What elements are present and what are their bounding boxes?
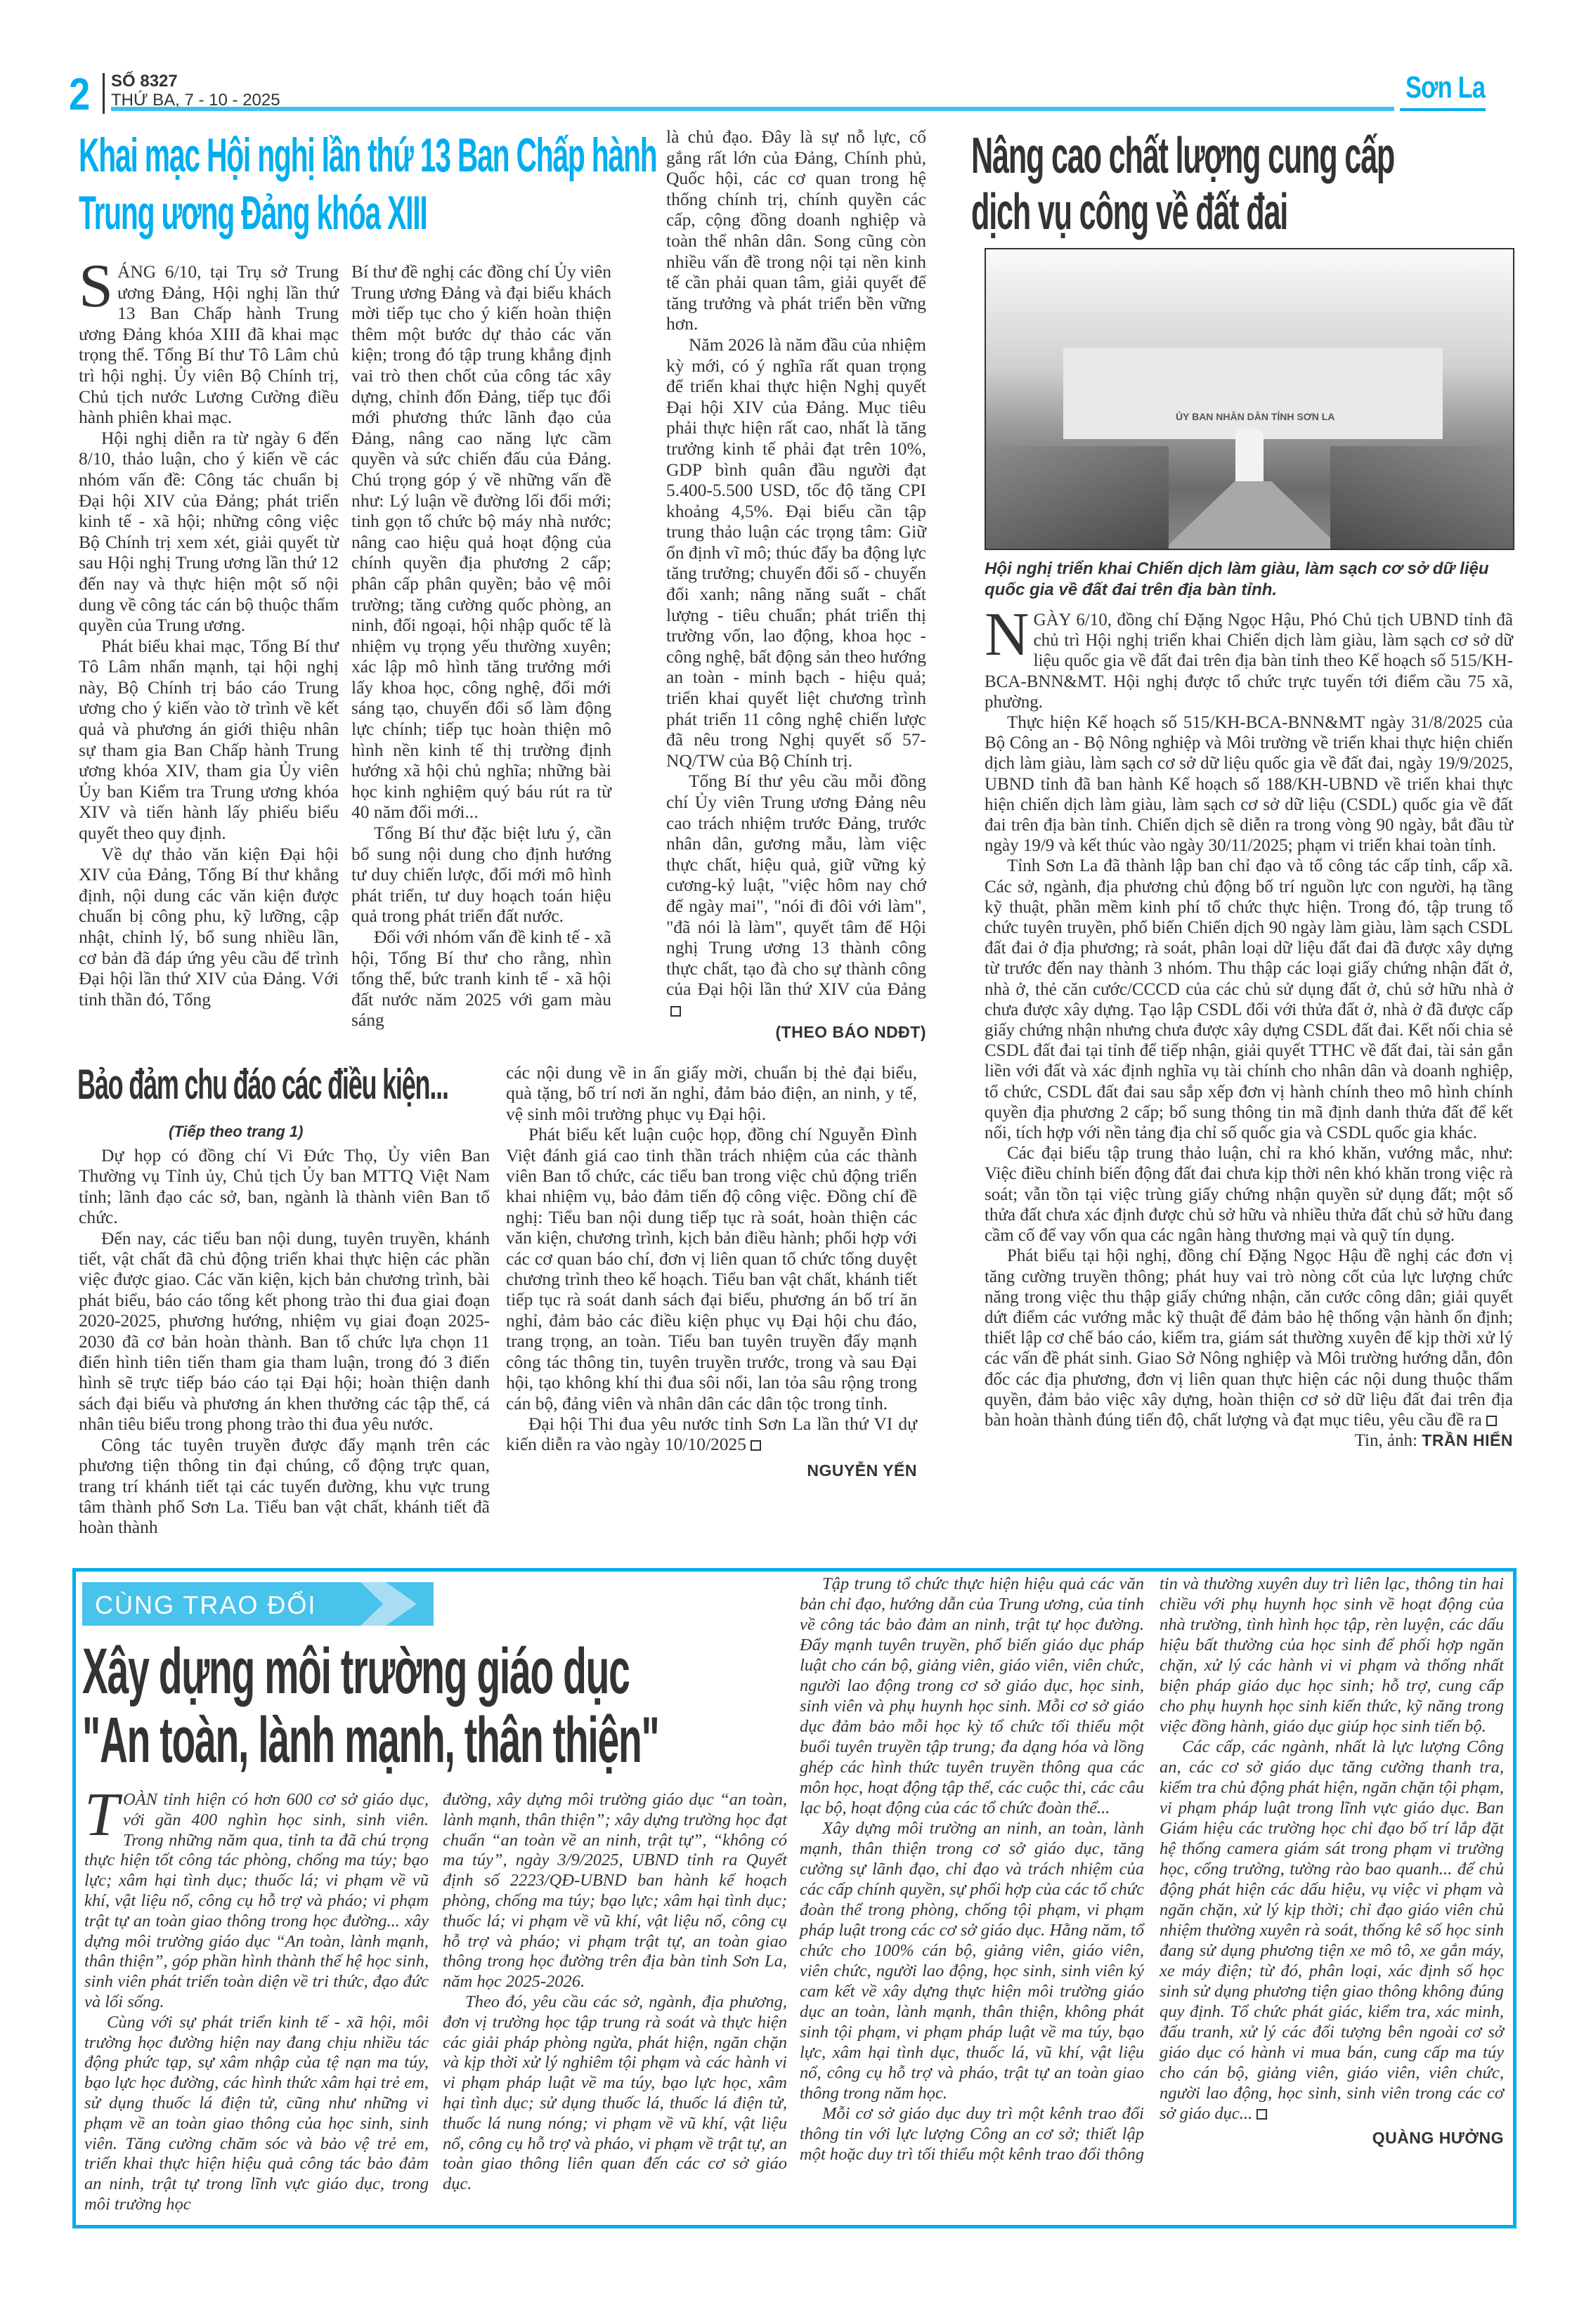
- article4-column-3: Tập trung tổ chức thực hiện hiệu quả các…: [800, 1574, 1144, 2165]
- photo-sign: ỦY BAN NHÂN DÂN TỈNH SƠN LA: [1176, 411, 1335, 422]
- dropcap: T: [84, 1794, 123, 1836]
- headline-line: Xây dựng môi trường giáo dục: [82, 1637, 658, 1706]
- photo-wall: [1063, 348, 1443, 439]
- article2-byline: Tin, ảnh: TRẦN HIỂN: [985, 1430, 1513, 1451]
- paragraph: GÀY 6/10, đồng chí Đặng Ngọc Hậu, Phó Ch…: [985, 611, 1513, 712]
- headline-line: Nâng cao chất lượng cung cấp: [971, 128, 1394, 184]
- paragraph: Cùng với sự phát triển kinh tế - xã hội,…: [84, 2013, 429, 2215]
- end-mark-icon: [1256, 2109, 1267, 2120]
- paragraph: Đến nay, các tiểu ban nội dung, tuyên tr…: [79, 1228, 490, 1435]
- end-mark-icon: [1486, 1416, 1497, 1426]
- article2-headline: Nâng cao chất lượng cung cấp dịch vụ côn…: [971, 128, 1394, 240]
- article3-column-1: Dự họp có đồng chí Vi Đức Thọ, Ủy viên B…: [79, 1145, 490, 1538]
- article1-headline: Khai mạc Hội nghị lần thứ 13 Ban Chấp hà…: [79, 126, 656, 242]
- paragraph: Bí thư đề nghị các đồng chí Ủy viên Trun…: [351, 261, 611, 823]
- paragraph: Thực hiện Kế hoạch số 515/KH-BCA-BNN&MT …: [985, 712, 1513, 856]
- paragraph: Tổng Bí thư yêu cầu mỗi đồng chí Ủy viên…: [666, 771, 926, 999]
- headline-line: "An toàn, lành mạnh, thân thiện": [82, 1706, 658, 1775]
- article3-column-2: các nội dung về in ấn giấy mời, chuẩn bị…: [506, 1062, 917, 1481]
- paragraph: Phát biểu tại hội nghị, đồng chí Đặng Ng…: [985, 1246, 1513, 1430]
- paragraph: Các cấp, các ngành, nhất là lực lượng Cô…: [1160, 1737, 1504, 2123]
- continued-note: (Tiếp theo trang 1): [169, 1123, 304, 1141]
- paragraph: tin và thường xuyên duy trì liên lạc, th…: [1160, 1574, 1504, 1737]
- article1-source: (THEO BÁO NDĐT): [666, 1022, 926, 1043]
- article3-headline: Bảo đảm chu đáo các điều kiện...: [77, 1062, 448, 1107]
- section-tag-label: CÙNG TRAO ĐỔI: [95, 1591, 316, 1620]
- paragraph: các nội dung về in ấn giấy mời, chuẩn bị…: [506, 1062, 917, 1124]
- paragraph: Tổng Bí thư đặc biệt lưu ý, cần bổ sung …: [351, 823, 611, 927]
- paragraph: Về dự thảo văn kiện Đại hội XIV của Đảng…: [79, 844, 339, 1010]
- masthead-rule: [111, 107, 1394, 111]
- article2-body: NGÀY 6/10, đồng chí Đặng Ngọc Hậu, Phó C…: [985, 610, 1513, 1451]
- dropcap: N: [985, 614, 1034, 656]
- paragraph: đường, xây dựng môi trường giáo dục “an …: [443, 1790, 787, 1992]
- meeting-photo: ỦY BAN NHÂN DÂN TỈNH SƠN LA: [985, 248, 1514, 550]
- photo-attendees-right: [1330, 446, 1513, 550]
- paragraph: Mỗi cơ sở giáo dục duy trì một kênh trao…: [800, 2103, 1144, 2165]
- dropcap: S: [79, 266, 117, 308]
- article4-column-4: tin và thường xuyên duy trì liên lạc, th…: [1160, 1574, 1504, 2148]
- paragraph: Theo đó, yêu cầu các sở, ngành, địa phươ…: [443, 1992, 787, 2195]
- chevron-right-icon: [361, 1582, 417, 1626]
- paragraph: Phát biểu khai mạc, Tổng Bí thư Tô Lâm n…: [79, 636, 339, 844]
- paragraph: Xây dựng môi trường an ninh, an toàn, là…: [800, 1818, 1144, 2103]
- paragraph: là chủ đạo. Đây là sự nỗ lực, cố gắng rấ…: [666, 126, 926, 334]
- paragraph: ÁNG 6/10, tại Trụ sở Trung ương Đảng, Hộ…: [79, 261, 339, 427]
- paragraph: Dự họp có đồng chí Vi Đức Thọ, Ủy viên B…: [79, 1145, 490, 1228]
- byline-author: TRẦN HIỂN: [1422, 1431, 1513, 1449]
- paragraph: Tập trung tổ chức thực hiện hiệu quả các…: [800, 1574, 1144, 1818]
- article1-column-3: là chủ đạo. Đây là sự nỗ lực, cố gắng rấ…: [666, 126, 926, 1043]
- headline-line: Trung ương Đảng khóa XIII: [79, 184, 656, 242]
- paragraph: OÀN tỉnh hiện có hơn 600 cơ sở giáo dục,…: [84, 1790, 429, 2011]
- paragraph: Phát biểu kết luận cuộc họp, đồng chí Ng…: [506, 1124, 917, 1414]
- paragraph: Công tác tuyên truyền được đẩy mạnh trên…: [79, 1435, 490, 1538]
- end-mark-icon: [670, 1006, 681, 1017]
- paragraph: Đối với nhóm vấn đề kinh tế - xã hội, Tổ…: [351, 927, 611, 1031]
- section-title: Sơn La: [1405, 70, 1485, 105]
- photo-speaker: [1235, 429, 1264, 485]
- article4-byline: QUÀNG HƯỞNG: [1160, 2128, 1504, 2148]
- article1-column-1: SÁNG 6/10, tại Trụ sở Trung ương Đảng, H…: [79, 261, 339, 1010]
- photo-attendees-left: [986, 446, 1169, 550]
- paragraph: Tỉnh Sơn La đã thành lập ban chỉ đạo và …: [985, 856, 1513, 1143]
- paragraph: Đại hội Thi đua yêu nước tỉnh Sơn La lần…: [506, 1414, 917, 1454]
- article4-column-1: TOÀN tỉnh hiện có hơn 600 cơ sở giáo dục…: [84, 1790, 429, 2215]
- end-mark-icon: [751, 1440, 761, 1451]
- headline-line: Khai mạc Hội nghị lần thứ 13 Ban Chấp hà…: [79, 126, 656, 184]
- page-number: 2: [69, 72, 90, 117]
- photo-ceiling: [986, 249, 1513, 334]
- photo-caption: Hội nghị triển khai Chiến dịch làm giàu,…: [985, 559, 1519, 601]
- article4-column-2: đường, xây dựng môi trường giáo dục “an …: [443, 1790, 787, 2195]
- paragraph: Năm 2026 là năm đầu của nhiệm kỳ mới, có…: [666, 334, 926, 771]
- page-number-divider: [103, 73, 105, 114]
- section-underline: [1400, 108, 1486, 111]
- headline-line: dịch vụ công về đất đai: [971, 184, 1394, 240]
- photo-table: [1162, 481, 1344, 550]
- paragraph: Các đại biểu tập trung thảo luận, chỉ ra…: [985, 1143, 1513, 1246]
- article1-column-2: Bí thư đề nghị các đồng chí Ủy viên Trun…: [351, 261, 611, 1031]
- byline-prefix: Tin, ảnh:: [1355, 1431, 1422, 1450]
- article3-byline: NGUYỄN YẾN: [506, 1461, 917, 1481]
- paragraph: Hội nghị diễn ra từ ngày 6 đến 8/10, thả…: [79, 428, 339, 636]
- issue-info: SỐ 8327 THỨ BA, 7 - 10 - 2025: [111, 72, 280, 110]
- issue-number: SỐ 8327: [111, 72, 280, 91]
- article4-headline: Xây dựng môi trường giáo dục "An toàn, l…: [82, 1637, 658, 1775]
